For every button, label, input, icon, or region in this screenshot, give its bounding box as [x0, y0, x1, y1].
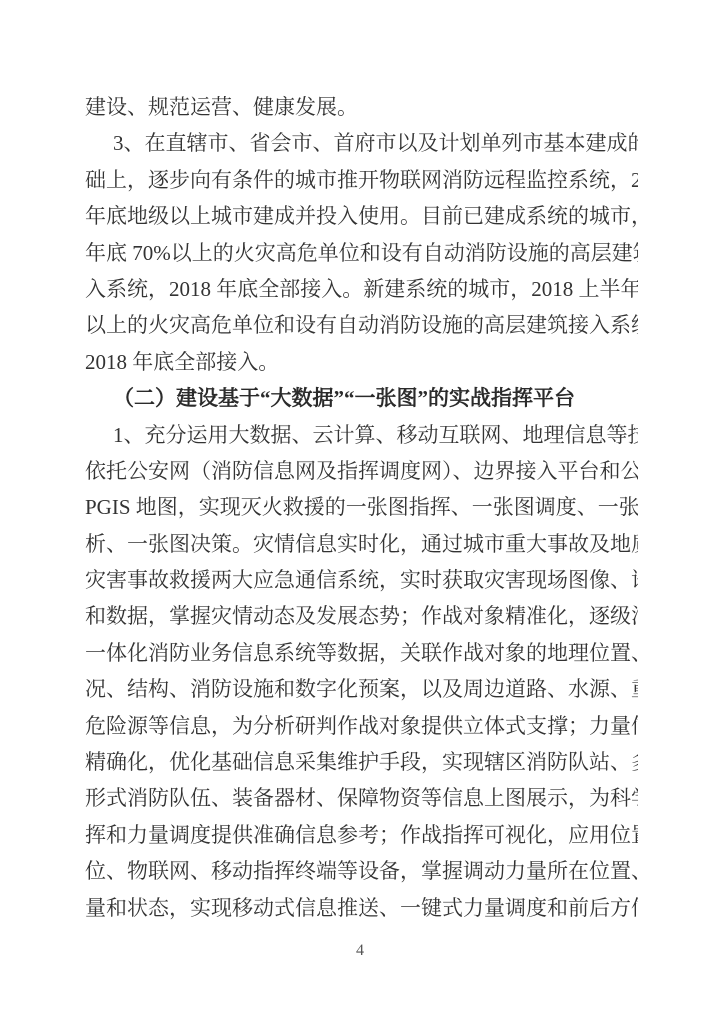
text-line: 建设、规范运营、健康发展。	[85, 89, 638, 125]
document-body: 建设、规范运营、健康发展。 3、在直辖市、省会市、首府市以及计划单列市基本建成的…	[85, 89, 638, 926]
text-line: PGIS 地图，实现灭火救援的一张图指挥、一张图调度、一张图分	[85, 489, 638, 525]
text-line: 况、结构、消防设施和数字化预案，以及周边道路、水源、重大	[85, 671, 638, 707]
text-line: 1、充分运用大数据、云计算、移动互联网、地理信息等技术，	[85, 417, 638, 453]
text-line: 依托公安网（消防信息网及指挥调度网）、边界接入平台和公安	[85, 453, 638, 489]
text-line: 入系统，2018 年底全部接入。新建系统的城市，2018 上半年 30%	[85, 271, 638, 307]
text-line: 2018 年底全部接入。	[85, 344, 638, 380]
text-line: 位、物联网、移动指挥终端等设备，掌握调动力量所在位置、数	[85, 853, 638, 889]
section-heading: （二）建设基于“大数据”“一张图”的实战指挥平台	[85, 380, 638, 416]
text-line: 和数据，掌握灾情动态及发展态势；作战对象精准化，逐级汇聚	[85, 598, 638, 634]
text-line: 危险源等信息，为分析研判作战对象提供立体式支撑；力量信息	[85, 708, 638, 744]
text-line: 析、一张图决策。灾情信息实时化，通过城市重大事故及地质性	[85, 526, 638, 562]
text-line: 挥和力量调度提供准确信息参考；作战指挥可视化，应用位置定	[85, 817, 638, 853]
text-line: 年底 70%以上的火灾高危单位和设有自动消防设施的高层建筑接	[85, 235, 638, 271]
text-line: 一体化消防业务信息系统等数据，关联作战对象的地理位置、概	[85, 635, 638, 671]
text-line: 础上，逐步向有条件的城市推开物联网消防远程监控系统，2018	[85, 162, 638, 198]
page-number: 4	[0, 940, 720, 962]
text-line: 量和状态，实现移动式信息推送、一键式力量调度和前后方信息	[85, 890, 638, 926]
text-line: 形式消防队伍、装备器材、保障物资等信息上图展示，为科学指	[85, 780, 638, 816]
text-line: 精确化，优化基础信息采集维护手段，实现辖区消防队站、多种	[85, 744, 638, 780]
text-line: 3、在直辖市、省会市、首府市以及计划单列市基本建成的基	[85, 125, 638, 161]
document-page: 建设、规范运营、健康发展。 3、在直辖市、省会市、首府市以及计划单列市基本建成的…	[0, 0, 720, 1018]
text-line: 灾害事故救援两大应急通信系统，实时获取灾害现场图像、语音	[85, 562, 638, 598]
text-line: 以上的火灾高危单位和设有自动消防设施的高层建筑接入系统，	[85, 307, 638, 343]
text-line: 年底地级以上城市建成并投入使用。目前已建成系统的城市，2017	[85, 198, 638, 234]
